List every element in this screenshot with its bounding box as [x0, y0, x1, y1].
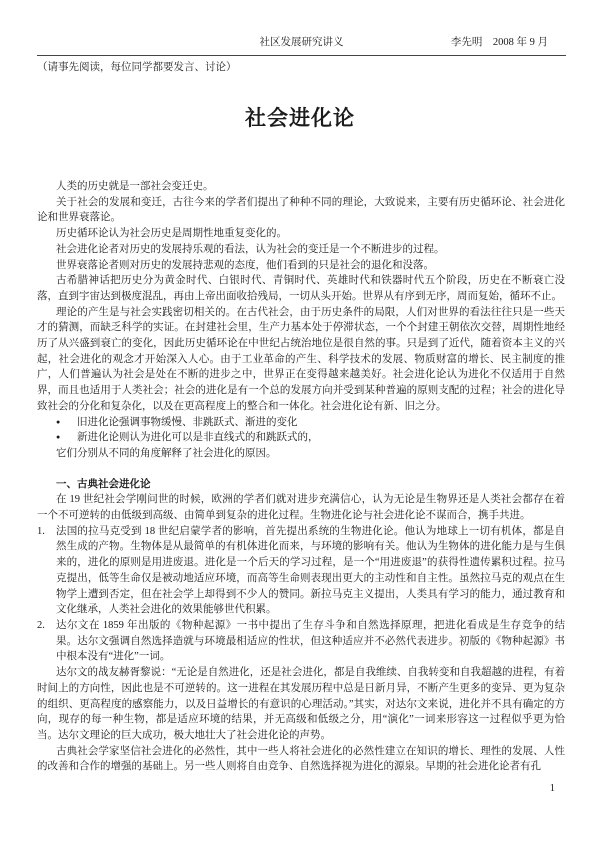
header-course-title: 社区发展研究讲义 — [260, 37, 344, 48]
item-text: 法国的拉马克受到 18 世纪启蒙学者的影响，首先提出系统的生物进化论。他认为地球… — [56, 524, 565, 618]
body-paragraph: 关于社会的发展和变迁，古往今来的学者们提出了种种不同的理论，大致说来，主要有历史… — [37, 195, 565, 226]
body-paragraph: 古典社会学家坚信社会进化的必然性，其中一些人将社会进化的必然性建立在知识的增长、… — [37, 744, 565, 775]
document-page: 社区发展研究讲义 李先明 2008 年 9 月 （请事先阅读，每位同学都要发言、… — [0, 0, 600, 850]
numbered-item: 1. 法国的拉马克受到 18 世纪启蒙学者的影响，首先提出系统的生物进化论。他认… — [37, 524, 565, 618]
body-paragraph: 在 19 世纪社会学刚问世的时候，欧洲的学者们就对进步充满信心，认为无论是生物界… — [37, 492, 565, 523]
body-paragraph: 历史循环论认为社会历史是周期性地重复变化的。 — [37, 226, 565, 242]
bullet-item-text: 新进化论则认为进化可以是非直线式的和跳跃式的， — [77, 430, 565, 446]
body-paragraph: 达尔文的战友赫胥黎说：“无论是自然进化，还是社会进化，都是自我维续、自我转变和自… — [37, 665, 565, 744]
pre-reading-note: （请事先阅读，每位同学都要发言、讨论） — [37, 61, 237, 75]
bullet-icon: ● — [56, 415, 77, 431]
section-heading: 一、古典社会进化论 — [37, 477, 565, 493]
body-paragraph: 社会进化论者对历史的发展持乐观的看法，认为社会的变迁是一个不断进步的过程。 — [37, 242, 565, 258]
item-number: 2. — [37, 618, 56, 665]
page-header: 社区发展研究讲义 李先明 2008 年 9 月 — [37, 36, 566, 56]
header-author-date: 李先明 2008 年 9 月 — [451, 36, 548, 50]
item-number: 1. — [37, 524, 56, 618]
bullet-item: ● 新进化论则认为进化可以是非直线式的和跳跃式的， — [37, 430, 565, 446]
bullet-item: ● 旧进化论强调事物缓慢、非跳跃式、渐进的变化 — [37, 415, 565, 431]
numbered-item: 2. 达尔文在 1859 年出版的《物种起源》一书中提出了生存斗争和自然选择原理… — [37, 618, 565, 665]
page-number: 1 — [550, 783, 555, 794]
bullet-item-text: 旧进化论强调事物缓慢、非跳跃式、渐进的变化 — [77, 415, 565, 431]
item-text: 达尔文在 1859 年出版的《物种起源》一书中提出了生存斗争和自然选择原理，把进… — [56, 618, 565, 665]
body-paragraph: 古希腊神话把历史分为黄金时代、白银时代、青铜时代、英雄时代和铁器时代五个阶段，历… — [37, 273, 565, 304]
document-body: 人类的历史就是一部社会变迁史。 关于社会的发展和变迁，古往今来的学者们提出了种种… — [37, 179, 565, 775]
body-paragraph: 世界衰落论者则对历史的发展持悲观的态度，他们看到的只是社会的退化和没落。 — [37, 258, 565, 274]
bullet-list: ● 旧进化论强调事物缓慢、非跳跃式、渐进的变化 ● 新进化论则认为进化可以是非直… — [37, 415, 565, 446]
body-paragraph: 它们分别从不同的角度解释了社会进化的原因。 — [37, 446, 565, 462]
body-paragraph: 人类的历史就是一部社会变迁史。 — [37, 179, 565, 195]
document-title: 社会进化论 — [0, 102, 600, 132]
bullet-icon: ● — [56, 430, 77, 446]
body-paragraph: 理论的产生是与社会实践密切相关的。在古代社会，由于历史条件的局限，人们对世界的看… — [37, 305, 565, 415]
